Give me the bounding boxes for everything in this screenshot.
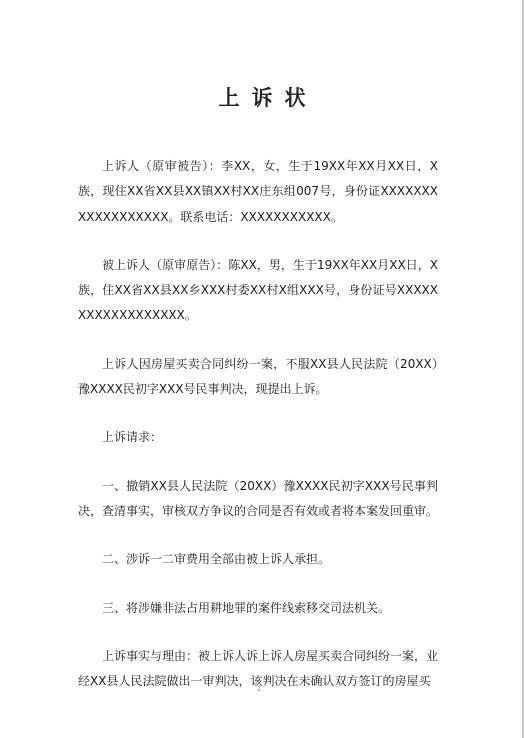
appeal-request-2: 二、涉诉一二审费用全部由被上诉人承担。 <box>78 547 438 572</box>
document-title: 上诉状 <box>0 82 524 112</box>
appellant-info-paragraph: 上诉人（原审被告）：李XX，女，生于19XX年XX月XX日，X族，现住XX省XX… <box>78 154 438 230</box>
document-body: 上诉人（原审被告）：李XX，女，生于19XX年XX月XX日，X族，现住XX省XX… <box>78 154 438 717</box>
appeal-statement-paragraph: 上诉人因房屋买卖合同纠纷一案，不服XX县人民法院（20XX）豫XXXX民初字XX… <box>78 352 438 403</box>
document-page: 上诉状 上诉人（原审被告）：李XX，女，生于19XX年XX月XX日，X族，现住X… <box>0 0 521 738</box>
appeal-requests-heading: 上诉请求： <box>78 425 438 450</box>
page-number: 1 <box>257 686 261 693</box>
appeal-request-1: 一、撤销XX县人民法院（20XX）豫XXXX民初字XXX号民事判决，查清事实，审… <box>78 474 438 525</box>
appellee-info-paragraph: 被上诉人（原审原告）：陈XX，男，生于19XX年XX月XX日，X族，住XX省XX… <box>78 253 438 329</box>
appeal-request-3: 三、将涉嫌非法占用耕地罪的案件线索移交司法机关。 <box>78 596 438 621</box>
